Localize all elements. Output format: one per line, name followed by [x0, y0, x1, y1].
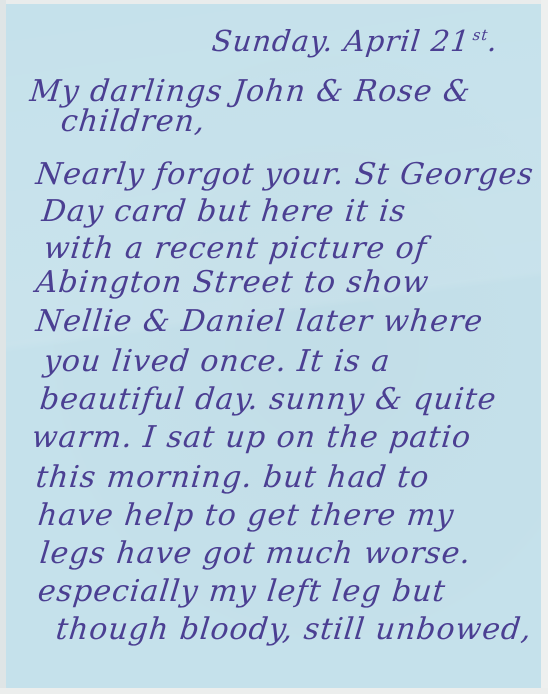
- body-line-4: Abington Street to show: [34, 265, 431, 300]
- body-line-1: Nearly forgot your. St Georges: [34, 157, 535, 192]
- body-line-5: Nellie & Daniel later where: [34, 304, 485, 339]
- body-line-12: especially my left leg but: [36, 574, 447, 609]
- date-text: Sunday. April 21: [210, 24, 472, 58]
- date-trailing: .: [486, 24, 500, 58]
- body-line-11: legs have got much worse.: [38, 536, 473, 571]
- body-line-10: have help to get there my: [36, 498, 456, 533]
- body-line-3: with a recent picture of: [42, 231, 429, 266]
- body-line-9: this morning. but had to: [34, 460, 431, 495]
- body-line-6: you lived once. It is a: [42, 344, 392, 379]
- paper-bottom-edge: [0, 688, 548, 694]
- letter-date: Sunday. April 21st.: [210, 24, 500, 58]
- body-line-13: though bloody, still unbowed,: [54, 612, 534, 647]
- body-line-8: warm. I sat up on the patio: [30, 420, 473, 455]
- letter-sheet: Sunday. April 21st. My darlings John & R…: [6, 4, 541, 688]
- body-line-7: beautiful day. sunny & quite: [38, 382, 498, 417]
- paper-right-edge: [541, 0, 548, 694]
- body-line-2: Day card but here it is: [40, 194, 408, 229]
- salutation-line-2: children,: [59, 104, 207, 139]
